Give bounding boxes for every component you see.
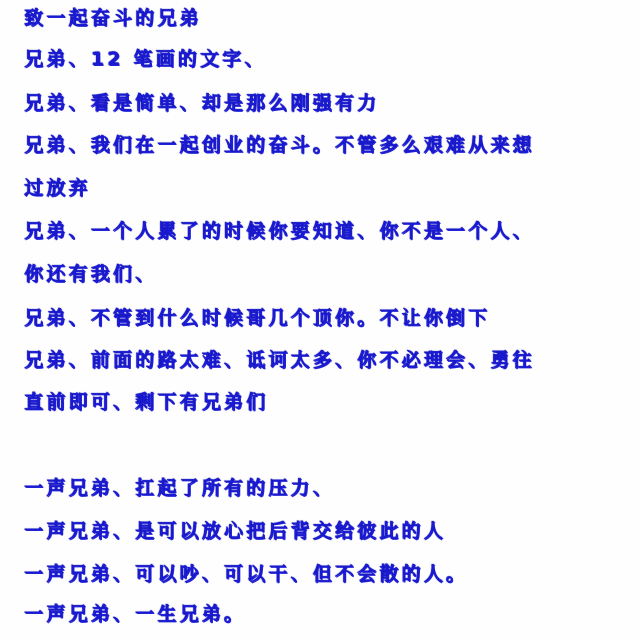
poem-line: 兄弟、看是简单、却是那么刚强有力 bbox=[24, 90, 379, 116]
poem-line: 一声兄弟、可以吵、可以干、但不会散的人。 bbox=[24, 561, 468, 587]
poem-line: 兄弟、不管到什么时候哥几个顶你。不让你倒下 bbox=[24, 305, 490, 331]
poem-line: 兄弟、12 笔画的文字、 bbox=[24, 46, 266, 72]
poem-line: 一声兄弟、扛起了所有的压力、 bbox=[24, 475, 335, 501]
poem-line: 过放弃 bbox=[24, 175, 91, 201]
poem-line: 一声兄弟、一生兄弟。 bbox=[24, 601, 246, 627]
poem-document: 致一起奋斗的兄弟 兄弟、12 笔画的文字、 兄弟、看是简单、却是那么刚强有力 兄… bbox=[0, 0, 640, 640]
poem-line: 兄弟、我们在一起创业的奋斗。不管多么艰难从来想 bbox=[24, 132, 535, 158]
poem-line: 兄弟、前面的路太难、诋诃太多、你不必理会、勇往 bbox=[24, 347, 535, 373]
poem-line: 一声兄弟、是可以放心把后背交给彼此的人 bbox=[24, 518, 446, 544]
poem-title: 致一起奋斗的兄弟 bbox=[24, 5, 202, 31]
poem-line: 直前即可、剩下有兄弟们 bbox=[24, 389, 268, 415]
poem-line: 兄弟、一个人累了的时候你要知道、你不是一个人、 bbox=[24, 218, 535, 244]
poem-line: 你还有我们、 bbox=[24, 261, 157, 287]
